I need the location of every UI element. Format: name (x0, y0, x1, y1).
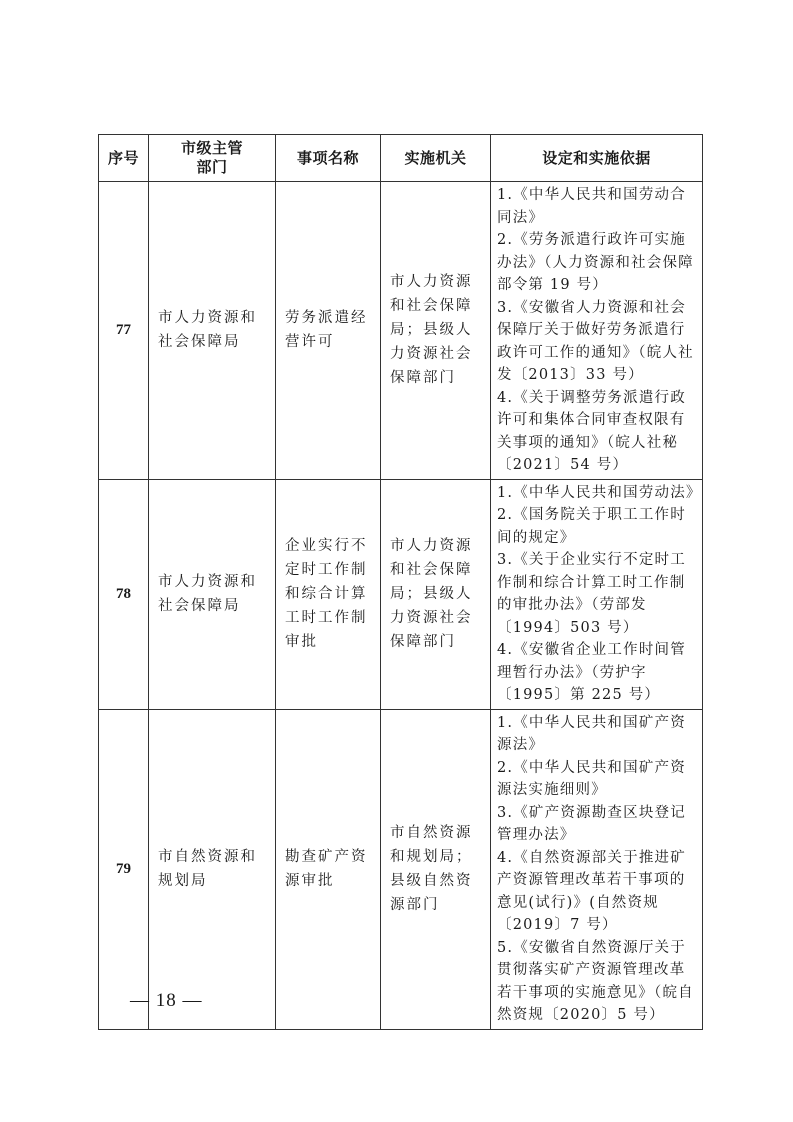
item-name: 劳务派遣经营许可 (276, 182, 381, 480)
item-name: 企业实行不定时工作制和综合计算工时工作制审批 (276, 479, 381, 709)
header-item-name: 事项名称 (276, 135, 381, 182)
serial-number: 79 (99, 709, 149, 1029)
header-department-line2: 部门 (196, 158, 227, 176)
department: 市人力资源和社会保障局 (149, 479, 276, 709)
legal-basis: 1.《中华人民共和国劳动合同法》 2.《劳务派遣行政许可实施办法》（人力资源和社… (491, 182, 703, 480)
implementing-agency: 市自然资源和规划局；县级自然资源部门 (381, 709, 491, 1029)
implementing-agency: 市人力资源和社会保障局；县级人力资源社会保障部门 (381, 479, 491, 709)
item-name: 勘查矿产资源审批 (276, 709, 381, 1029)
table-row: 77 市人力资源和社会保障局 劳务派遣经营许可 市人力资源和社会保障局；县级人力… (99, 182, 703, 480)
department: 市自然资源和规划局 (149, 709, 276, 1029)
department: 市人力资源和社会保障局 (149, 182, 276, 480)
basis-item: 1.《中华人民共和国劳动法》 (497, 482, 698, 505)
table-row: 79 市自然资源和规划局 勘查矿产资源审批 市自然资源和规划局；县级自然资源部门… (99, 709, 703, 1029)
header-serial-number: 序号 (99, 135, 149, 182)
header-implementing-agency: 实施机关 (381, 135, 491, 182)
basis-item: 3.《矿产资源勘查区块登记管理办法》 (497, 802, 698, 847)
header-department-line1: 市级主管 (181, 139, 243, 157)
implementing-agency: 市人力资源和社会保障局；县级人力资源社会保障部门 (381, 182, 491, 480)
page-number: — 18 — (130, 990, 203, 1012)
basis-item: 2.《中华人民共和国矿产资源法实施细则》 (497, 757, 698, 802)
header-legal-basis: 设定和实施依据 (491, 135, 703, 182)
basis-item: 1.《中华人民共和国劳动合同法》 (497, 184, 698, 229)
basis-item: 3.《安徽省人力资源和社会保障厅关于做好劳务派遣行政许可工作的通知》（皖人社发〔… (497, 297, 698, 387)
table-row: 78 市人力资源和社会保障局 企业实行不定时工作制和综合计算工时工作制审批 市人… (99, 479, 703, 709)
basis-item: 4.《关于调整劳务派遣行政许可和集体合同审查权限有关事项的通知》（皖人社秘〔20… (497, 387, 698, 477)
legal-basis: 1.《中华人民共和国矿产资源法》 2.《中华人民共和国矿产资源法实施细则》 3.… (491, 709, 703, 1029)
legal-basis: 1.《中华人民共和国劳动法》 2.《国务院关于职工工作时间的规定》 3.《关于企… (491, 479, 703, 709)
approval-items-table: 序号 市级主管 部门 事项名称 实施机关 设定和实施依据 77 市人力资源和社会… (98, 134, 703, 1030)
basis-item: 4.《自然资源部关于推进矿产资源管理改革若干事项的意见(试行)》(自然资规〔20… (497, 847, 698, 937)
serial-number: 78 (99, 479, 149, 709)
basis-item: 2.《劳务派遣行政许可实施办法》（人力资源和社会保障部令第 19 号） (497, 229, 698, 297)
header-department: 市级主管 部门 (149, 135, 276, 182)
basis-item: 3.《关于企业实行不定时工作制和综合计算工时工作制的审批办法》（劳部发〔1994… (497, 549, 698, 639)
table-header-row: 序号 市级主管 部门 事项名称 实施机关 设定和实施依据 (99, 135, 703, 182)
basis-item: 4.《安徽省企业工作时间管理暂行办法》（劳护字〔1995〕第 225 号） (497, 639, 698, 707)
basis-item: 5.《安徽省自然资源厅关于贯彻落实矿产资源管理改革若干事项的实施意见》（皖自然资… (497, 937, 698, 1027)
basis-item: 1.《中华人民共和国矿产资源法》 (497, 712, 698, 757)
serial-number: 77 (99, 182, 149, 480)
basis-item: 2.《国务院关于职工工作时间的规定》 (497, 504, 698, 549)
